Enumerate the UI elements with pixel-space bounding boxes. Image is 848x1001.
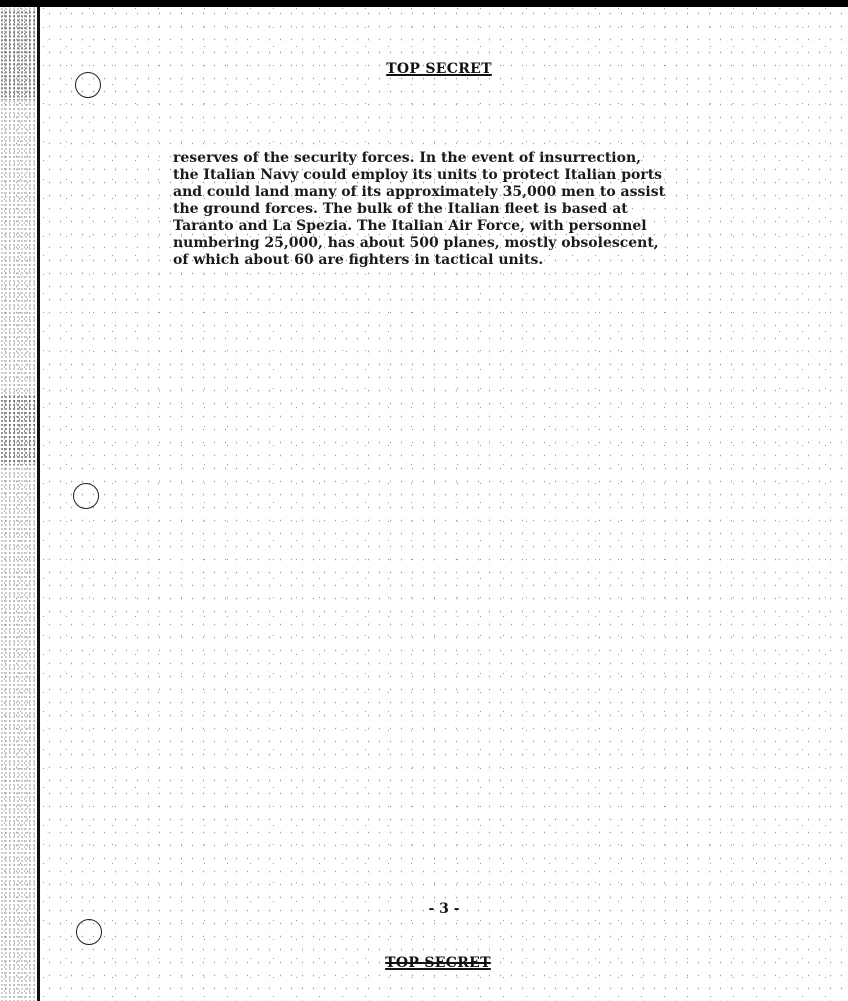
header-classification-marking: TOP SECRET	[10, 61, 848, 77]
left-margin-shading-dense	[0, 10, 37, 100]
scan-top-border	[0, 0, 848, 7]
binding-edge-line	[37, 7, 40, 1001]
footer-classification-text: TOP SECRET	[385, 955, 491, 971]
body-line: the ground forces. The bulk of the Itali…	[173, 201, 713, 218]
footer-classification-marking: TOP SECRET	[14, 955, 848, 971]
document-body: reserves of the security forces. In the …	[173, 150, 713, 269]
body-line: numbering 25,000, has about 500 planes, …	[173, 235, 713, 252]
left-margin-shading-dense	[0, 395, 37, 465]
punch-hole-icon	[73, 483, 99, 509]
body-line: and could land many of its approximately…	[173, 184, 713, 201]
punch-hole-icon	[76, 919, 102, 945]
header-classification-text: TOP SECRET	[376, 61, 492, 77]
left-margin-shading	[0, 7, 37, 1001]
body-line: of which about 60 are fighters in tactic…	[173, 252, 713, 269]
body-line: Taranto and La Spezia. The Italian Air F…	[173, 218, 713, 235]
body-line: reserves of the security forces. In the …	[173, 150, 713, 167]
page-number: - 3 -	[0, 901, 848, 917]
body-line: the Italian Navy could employ its units …	[173, 167, 713, 184]
